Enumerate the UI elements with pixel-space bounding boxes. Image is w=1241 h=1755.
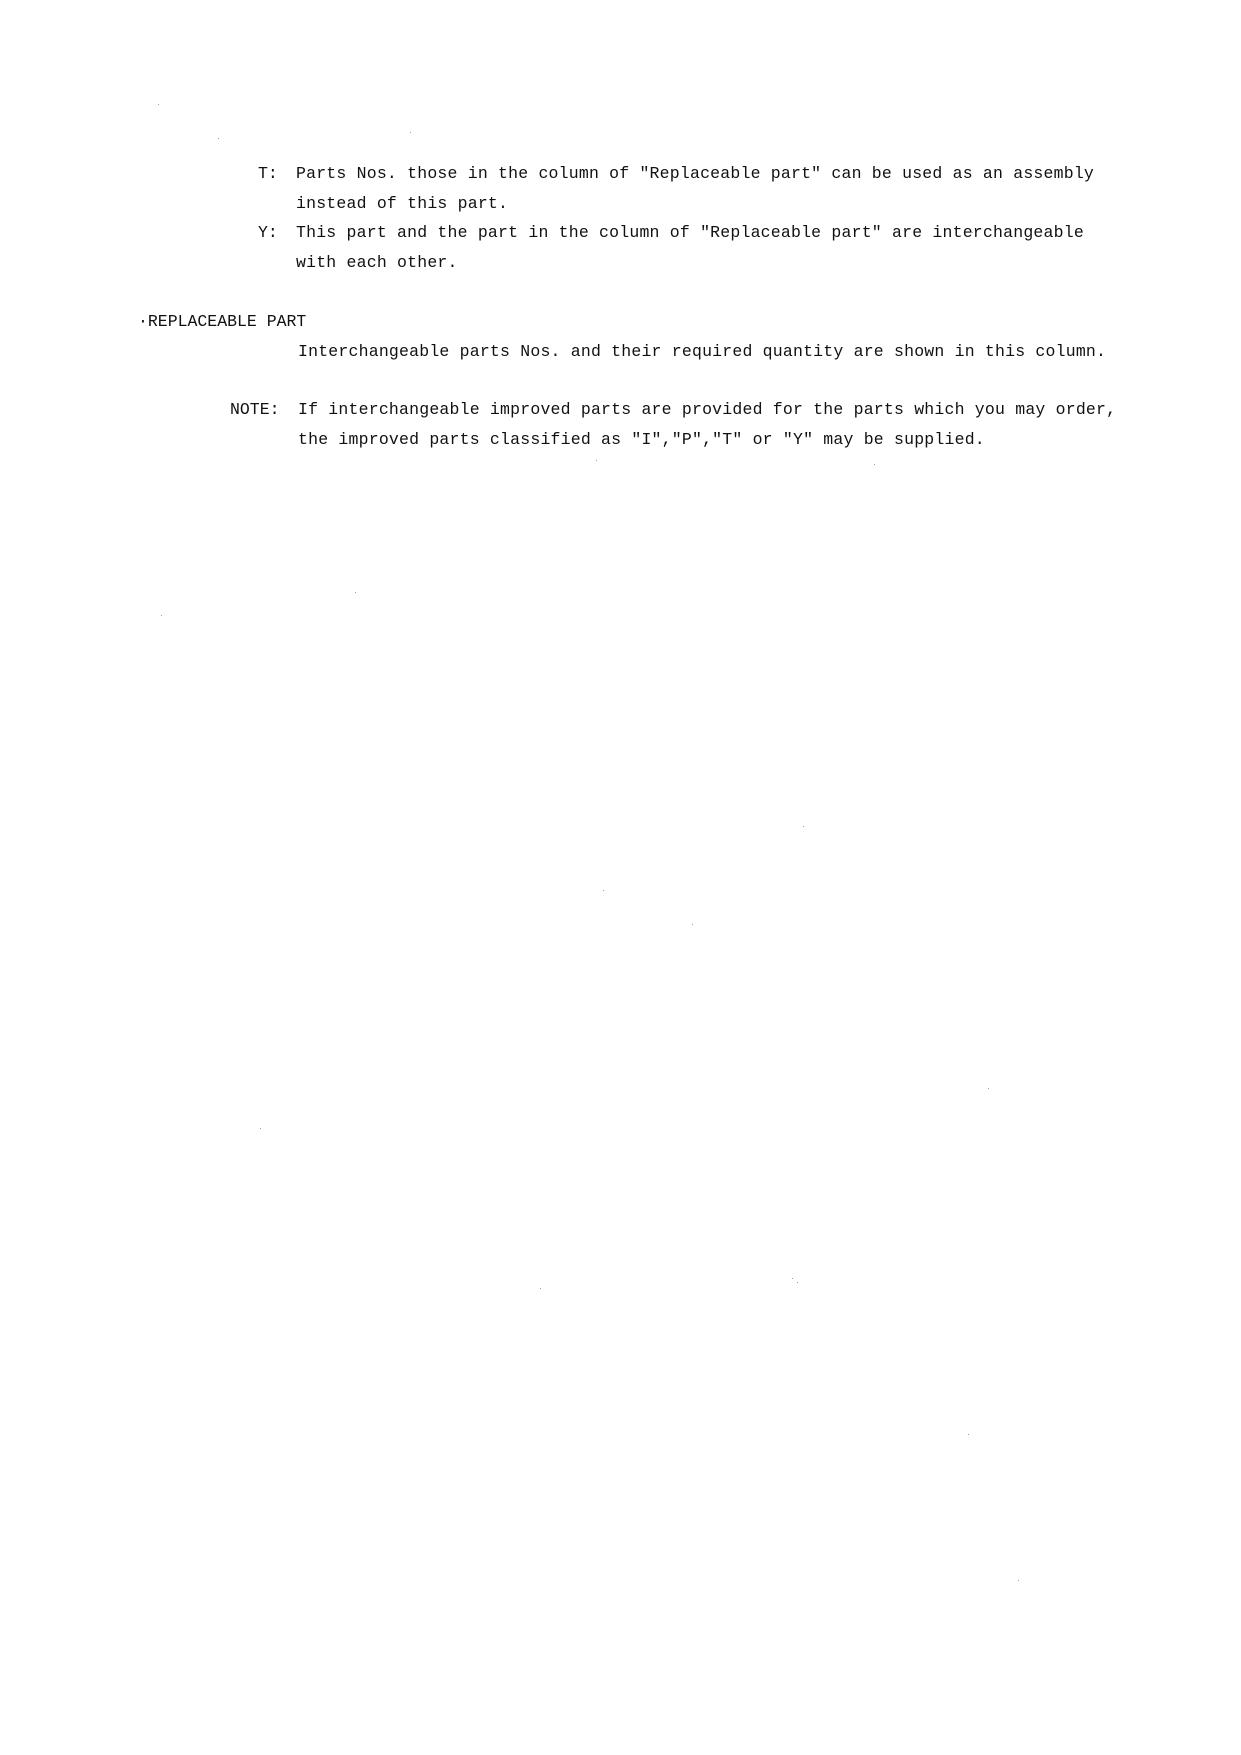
scan-speck: [260, 1128, 261, 1129]
scan-speck: [410, 132, 411, 133]
section-description: Interchangeable parts Nos. and their req…: [298, 342, 1106, 362]
scan-speck: [1018, 1580, 1019, 1581]
scan-speck: [603, 890, 604, 891]
definition-text: instead of this part.: [296, 194, 508, 214]
note-text: the improved parts classified as "I","P"…: [298, 430, 985, 450]
definition-text: with each other.: [296, 253, 458, 273]
scan-speck: [968, 1434, 969, 1435]
definition-text: This part and the part in the column of …: [296, 223, 1084, 243]
note-label: NOTE:: [230, 400, 280, 420]
section-heading: ·REPLACEABLE PART: [138, 312, 306, 332]
note-text: If interchangeable improved parts are pr…: [298, 400, 1116, 420]
scan-speck: [874, 464, 875, 465]
scan-speck: [218, 138, 219, 139]
scan-speck: [355, 592, 356, 593]
scan-speck: [792, 1278, 793, 1279]
scan-speck: [797, 1282, 798, 1283]
scan-speck: [158, 104, 159, 105]
definition-text: Parts Nos. those in the column of "Repla…: [296, 164, 974, 184]
scan-speck: [596, 460, 597, 461]
scan-speck: [692, 924, 693, 925]
scan-speck: [540, 1288, 541, 1289]
scan-speck: [161, 615, 162, 616]
scan-speck: [972, 232, 973, 233]
definition-key: Y:: [258, 223, 278, 243]
scan-speck: [988, 1088, 989, 1089]
scan-speck: [803, 826, 804, 827]
definition-key: T:: [258, 164, 278, 184]
